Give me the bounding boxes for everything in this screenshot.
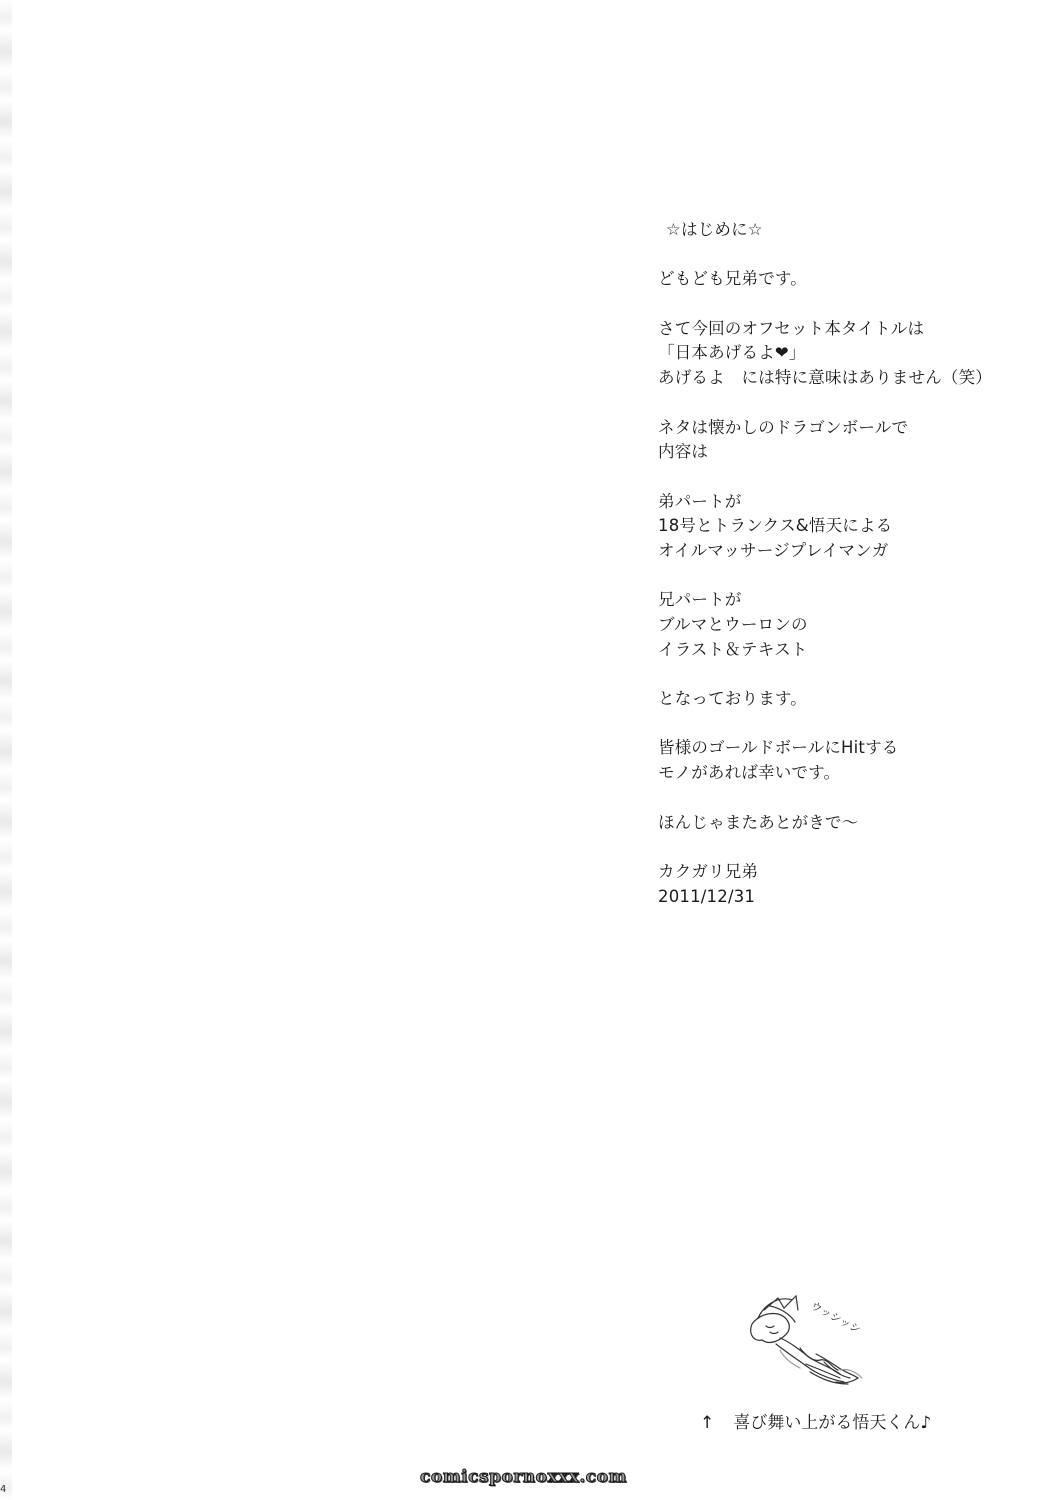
goten-sketch-illustration: ウッシッシ bbox=[740, 1278, 920, 1388]
sound-effect-text: ウッシッシ bbox=[809, 1299, 863, 1336]
title-intro-line: さて今回のオフセット本タイトルは bbox=[658, 317, 1018, 342]
foreword-text: ☆はじめに☆ どもども兄弟です。 さて今回のオフセット本タイトルは 「日本あげる… bbox=[658, 218, 1018, 909]
author-name: カクガリ兄弟 bbox=[658, 860, 1018, 885]
wish-line-1: 皆様のゴールドボールにHitする bbox=[658, 736, 1018, 761]
younger-part-line-1: 弟パートが bbox=[658, 490, 1018, 515]
older-part-line-3: イラスト＆テキスト bbox=[658, 638, 1018, 663]
wish-line-2: モノがあれば幸いです。 bbox=[658, 761, 1018, 786]
content-intro-line: 内容は bbox=[658, 440, 1018, 465]
foreword-title: ☆はじめに☆ bbox=[658, 218, 1018, 243]
younger-part-line-3: オイルマッサージプレイマンガ bbox=[658, 539, 1018, 564]
watermark-logo: comicspornoxxx.com bbox=[420, 1467, 627, 1487]
page-scan-edge bbox=[0, 0, 12, 1500]
summary-line: となっております。 bbox=[658, 687, 1018, 712]
older-part-line-2: ブルマとウーロンの bbox=[658, 613, 1018, 638]
closing-line: ほんじゃまたあとがきで～ bbox=[658, 811, 1018, 836]
older-part-line-1: 兄パートが bbox=[658, 588, 1018, 613]
caption-text: 喜び舞い上がる悟天くん♪ bbox=[733, 1413, 931, 1433]
theme-line: ネタは懐かしのドラゴンボールで bbox=[658, 416, 1018, 441]
book-title-line: 「日本あげるよ❤」 bbox=[658, 341, 1018, 366]
illustration-caption: ↑ 喜び舞い上がる悟天くん♪ bbox=[700, 1408, 931, 1433]
up-arrow-icon: ↑ bbox=[700, 1413, 728, 1433]
greeting-line: どもども兄弟です。 bbox=[658, 267, 1018, 292]
page-number: 4 bbox=[0, 1484, 6, 1495]
title-note-line: あげるよ には特に意味はありません（笑） bbox=[658, 366, 1018, 391]
younger-part-line-2: 18号とトランクス&悟天による bbox=[658, 514, 1018, 539]
date: 2011/12/31 bbox=[658, 885, 1018, 910]
